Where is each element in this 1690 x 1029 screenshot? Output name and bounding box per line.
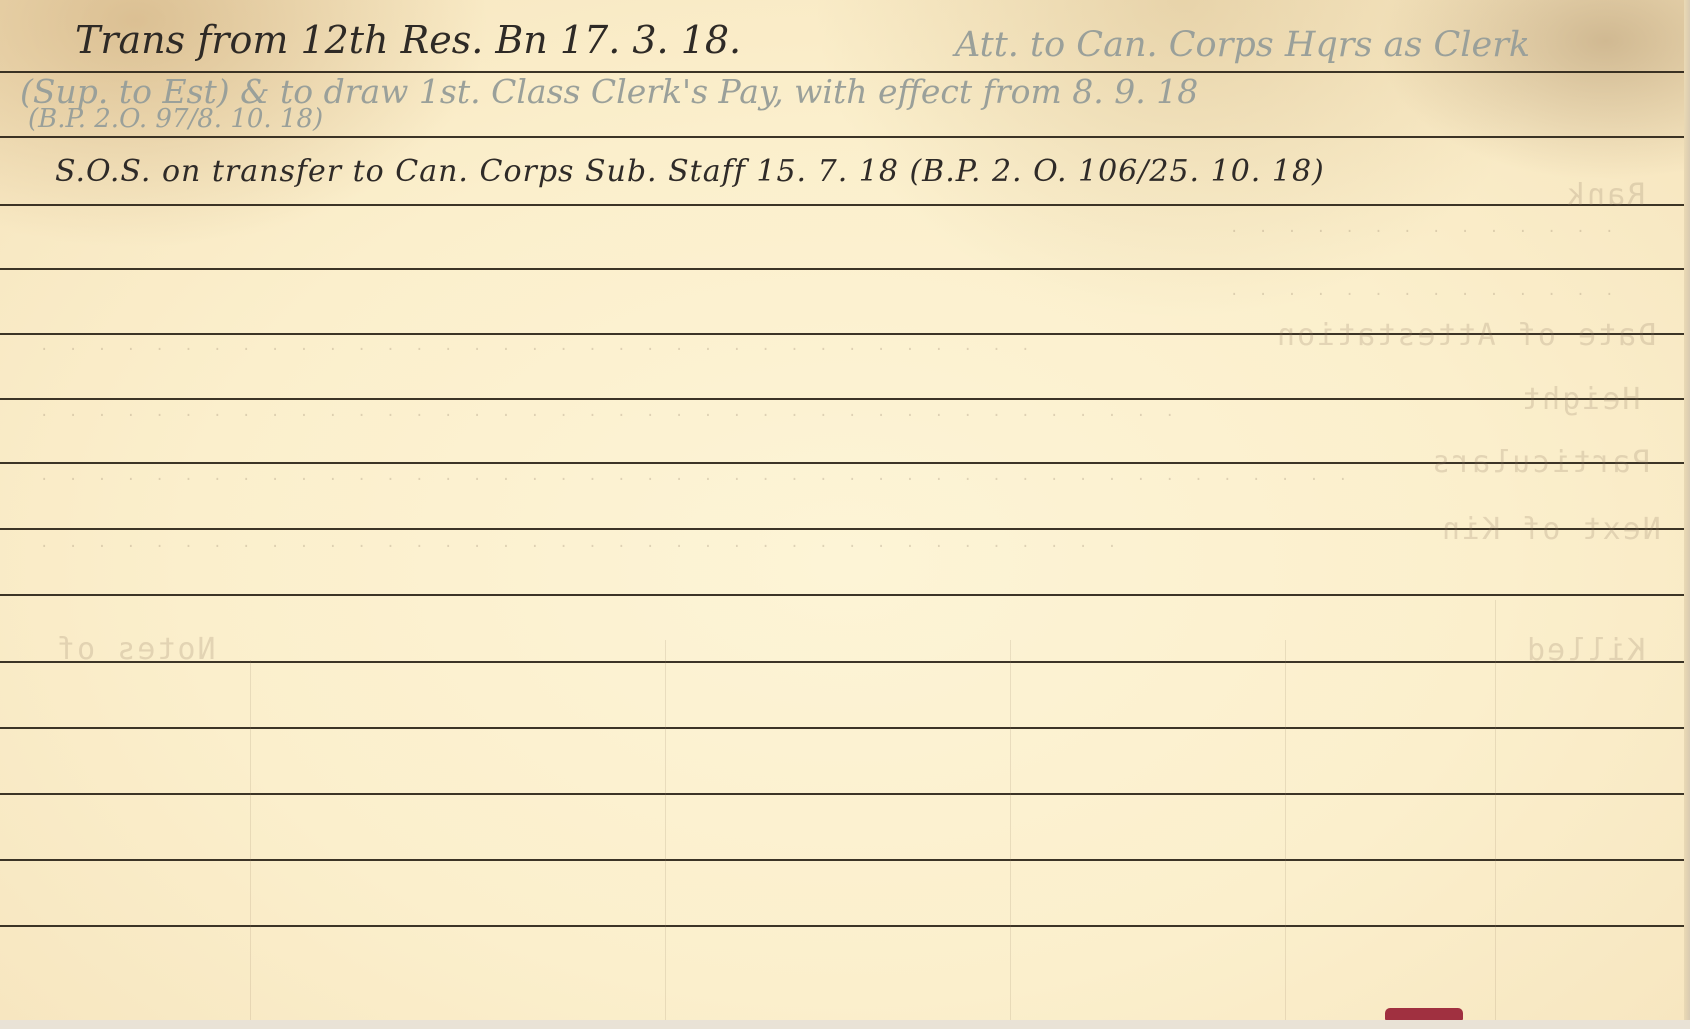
ruled-line — [0, 793, 1690, 795]
bleed-column-line — [1010, 640, 1011, 1020]
bleed-label-killed: Killed — [1525, 633, 1645, 668]
ruled-line — [0, 204, 1690, 206]
bleed-label-notes: Notes of — [55, 632, 216, 667]
ruled-line — [0, 925, 1690, 927]
bleed-column-line — [250, 660, 251, 1020]
bleed-dotted-leader: . . . . . . . . . . . . . . . . . . . . … — [40, 535, 1122, 551]
ruled-line — [0, 268, 1690, 270]
entry-bp-2o-97: (B.P. 2.O. 97/8. 10. 18) — [28, 104, 323, 134]
record-card: Rank Date of Attestation Height Particul… — [0, 0, 1690, 1022]
bleed-label-next-of-kin: Next of Kin — [1440, 512, 1661, 547]
entry-sos-transfer-sub-staff: S.O.S. on transfer to Can. Corps Sub. St… — [55, 154, 1325, 189]
ruled-line — [0, 528, 1690, 530]
bleed-column-line — [1495, 600, 1496, 1020]
bleed-dotted-leader: . . . . . . . . . . . . . . . . . . . . … — [40, 338, 1036, 354]
ruled-line — [0, 661, 1690, 663]
entry-attached-can-corps-hqrs: Att. to Can. Corps Hqrs as Clerk — [955, 25, 1530, 65]
bleed-dotted-leader: . . . . . . . . . . . . . . — [1230, 283, 1620, 299]
bleed-column-line — [1285, 640, 1286, 1020]
ruled-line — [0, 859, 1690, 861]
ruled-line — [0, 136, 1690, 138]
bleed-column-line — [665, 640, 666, 1020]
bleed-label-rank: Rank — [1565, 178, 1645, 213]
ruled-line — [0, 727, 1690, 729]
bleed-label-particulars: Particulars — [1430, 445, 1651, 480]
bleed-dotted-leader: . . . . . . . . . . . . . . . . . . . . … — [40, 468, 1353, 484]
bleed-dotted-leader: . . . . . . . . . . . . . . . . . . . . … — [40, 404, 1180, 420]
bleed-label-height: Height — [1520, 382, 1640, 417]
bleed-dotted-leader: . . . . . . . . . . . . . . — [1230, 220, 1620, 236]
red-stamp-mark — [1385, 1008, 1463, 1020]
card-edge-right — [1684, 0, 1690, 1029]
ruled-line — [0, 398, 1690, 400]
bleed-label-attestation: Date of Attestation — [1275, 318, 1656, 353]
entry-transfer-from-12th-res-bn: Trans from 12th Res. Bn 17. 3. 18. — [75, 18, 741, 62]
ruled-line — [0, 594, 1690, 596]
card-edge-bottom — [0, 1020, 1690, 1029]
